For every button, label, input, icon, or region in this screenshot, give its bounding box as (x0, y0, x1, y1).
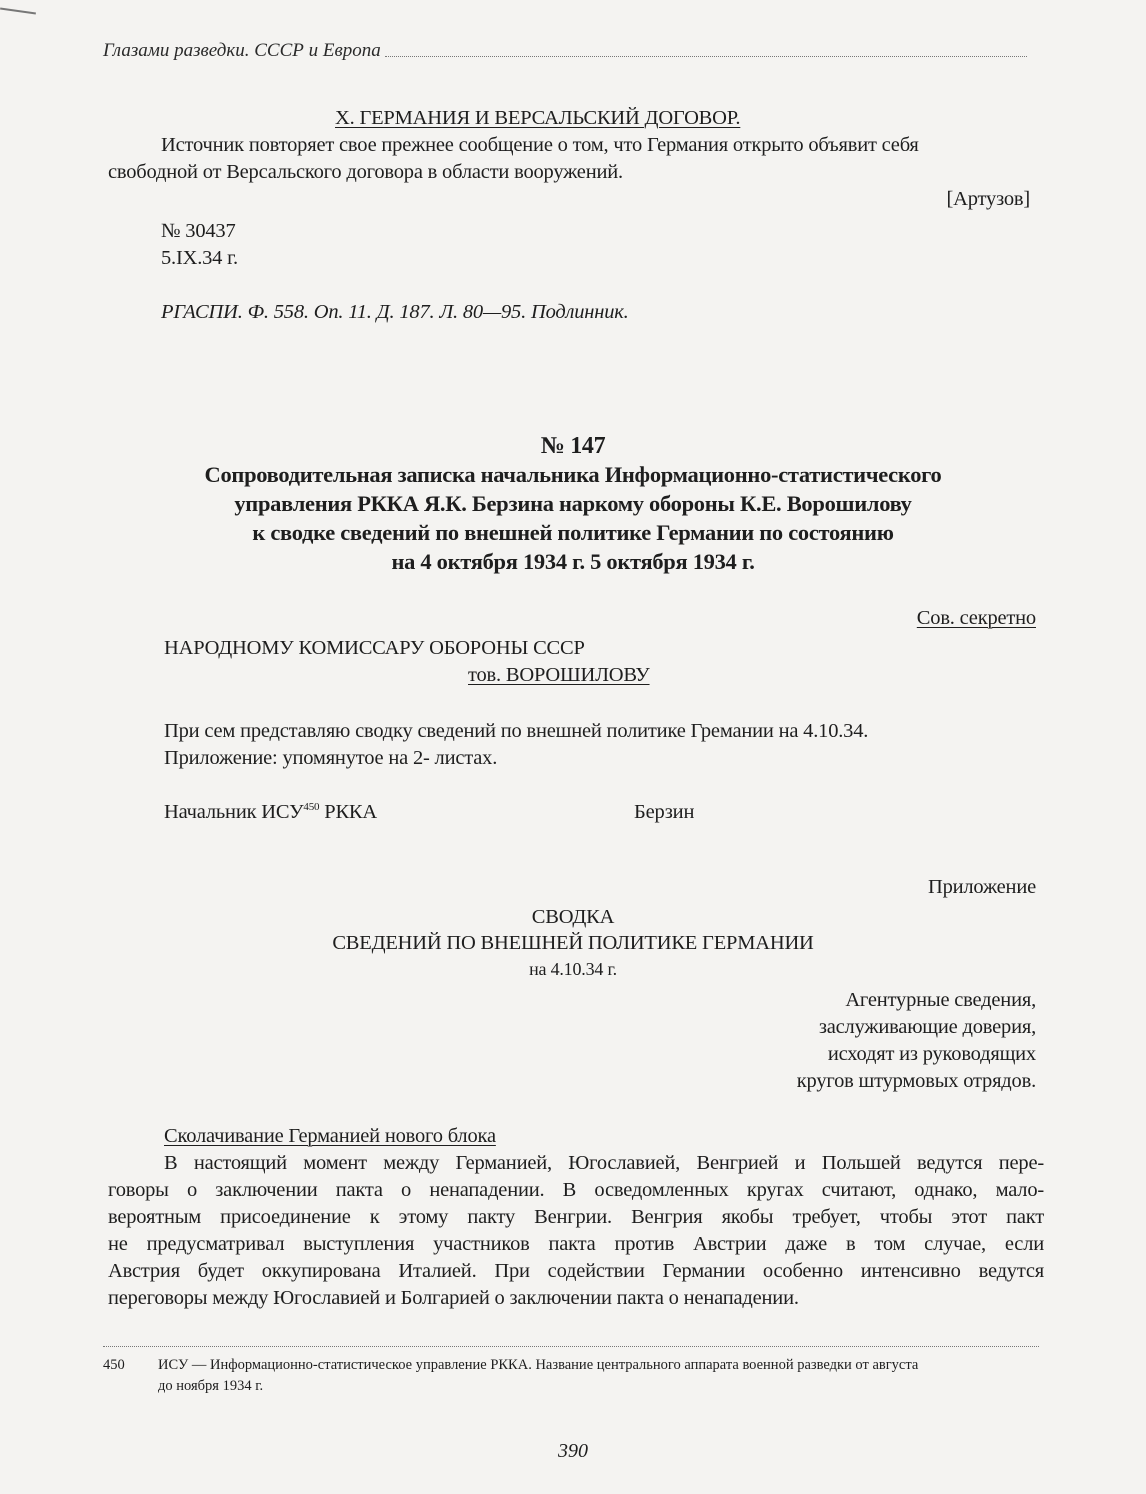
paragraph-line: В настоящий момент между Германией, Югос… (164, 1149, 1044, 1177)
source-note-line: заслуживающие доверия, (700, 1013, 1036, 1041)
section-heading: X. ГЕРМАНИЯ И ВЕРСАЛЬСКИЙ ДОГОВОР. (335, 104, 740, 132)
document-number: № 147 (0, 432, 1146, 461)
source-note-line: кругов штурмовых отрядов. (700, 1067, 1036, 1095)
document-title-line: Сопроводительная записка начальника Инфо… (0, 460, 1146, 489)
paragraph-line: переговоры между Югославией и Болгарией … (108, 1284, 799, 1312)
running-head-title: Глазами разведки. СССР и Европа (103, 40, 381, 62)
org-text: РККА (319, 801, 377, 823)
document-title-line: управления РККА Я.К. Берзина наркому обо… (0, 489, 1146, 518)
text-line: свободной от Версальского договора в обл… (108, 158, 623, 186)
paragraph-line: вероятным присоединение к этому пакту Ве… (108, 1203, 1044, 1231)
source-note-line: Агентурные сведения, (700, 986, 1036, 1014)
appendix-label: Приложение (800, 873, 1036, 901)
paragraph-line: не предусматривал выступления участников… (108, 1230, 1044, 1258)
addressee-line: НАРОДНОМУ КОМИССАРУ ОБОРОНЫ СССР (164, 634, 585, 662)
appendix-title: СВОДКА (0, 903, 1146, 931)
subheading: Сколачивание Германией нового блока (164, 1122, 496, 1150)
page-number: 390 (0, 1440, 1146, 1463)
footnote-text: до ноября 1934 г. (158, 1376, 263, 1397)
document-number: № 30437 (161, 217, 236, 245)
paragraph-line: Австрия будет оккупирована Италией. При … (108, 1257, 1044, 1285)
signatory-name: Берзин (634, 798, 694, 826)
source-note-line: исходят из руководящих (700, 1040, 1036, 1068)
signature: [Артузов] (700, 185, 1030, 213)
text-line: Источник повторяет свое прежнее сообщени… (161, 131, 919, 159)
footnote-ref[interactable]: 450 (303, 801, 319, 813)
body-line: При сем представляю сводку сведений по в… (164, 717, 868, 745)
footnote-rule (103, 1346, 1039, 1347)
position-text: Начальник ИСУ (164, 801, 303, 823)
document-date: 5.IX.34 г. (161, 244, 238, 272)
archive-reference: РГАСПИ. Ф. 558. Оп. 11. Д. 187. Л. 80—95… (161, 298, 629, 326)
footnote-number: 450 (103, 1355, 125, 1376)
signature-position: Начальник ИСУ450 РККА (164, 798, 377, 826)
document-title-line: на 4 октября 1934 г. 5 октября 1934 г. (0, 547, 1146, 576)
document-title-line: к сводке сведений по внешней политике Ге… (0, 518, 1146, 547)
scan-artifact (0, 8, 36, 15)
appendix-date: на 4.10.34 г. (0, 955, 1146, 983)
addressee-name: тов. ВОРОШИЛОВУ (468, 661, 650, 689)
paragraph-line: говоры о заключении пакта о ненападении.… (108, 1176, 1044, 1204)
running-head: Глазами разведки. СССР и Европа (103, 36, 1027, 62)
footnote-text: ИСУ — Информационно-статистическое управ… (158, 1355, 918, 1376)
appendix-subtitle: СВЕДЕНИЙ ПО ВНЕШНЕЙ ПОЛИТИКЕ ГЕРМАНИИ (0, 929, 1146, 957)
running-head-rule (385, 56, 1027, 57)
body-line: Приложение: упомянутое на 2- листах. (164, 744, 497, 772)
classification-stamp: Сов. секретно (800, 604, 1036, 632)
